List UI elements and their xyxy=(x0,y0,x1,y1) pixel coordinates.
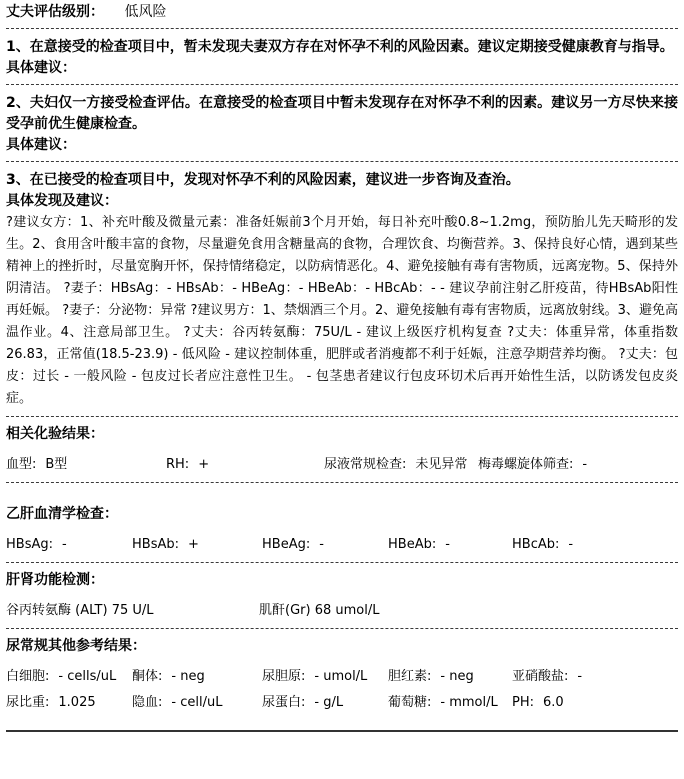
lab-item-hbcab: HBcAb:- xyxy=(512,536,573,554)
hepatitis-row: HBsAg:- HBsAb:+ HBeAg:- HBeAb:- HBcAb:- xyxy=(6,536,678,556)
lab-item-urobilinogen: 尿胆原:- umol/L xyxy=(262,668,367,686)
dashed-separator xyxy=(6,628,678,629)
lab-item-urine-routine: 尿液常规检查:未见异常 xyxy=(324,456,467,474)
urine-row-2: 尿比重:1.025 隐血:- cell/uL 尿蛋白:- g/L 葡萄糖:- m… xyxy=(6,694,678,718)
lab-item-hbsab: HBsAb:+ xyxy=(132,536,199,554)
dashed-separator xyxy=(6,28,678,29)
urine-section: 尿常规其他参考结果： 白细胞:- cells/uL 酮体:- neg 尿胆原:-… xyxy=(6,637,678,718)
lab-item-value: - g/L xyxy=(314,695,343,710)
lab-item-blood-type: 血型:B型 xyxy=(6,456,67,474)
urine-title: 尿常规其他参考结果： xyxy=(6,637,678,656)
lab-item-value: - xyxy=(319,537,324,552)
lab-item-label: HBeAg: xyxy=(262,537,310,552)
lab-item-protein: 尿蛋白:- g/L xyxy=(262,694,343,712)
dashed-separator xyxy=(6,562,678,563)
lab-item-value: 未见异常 xyxy=(415,457,467,472)
liver-kidney-title: 肝肾功能检测： xyxy=(6,571,678,590)
lab-item-value: - mmol/L xyxy=(440,695,497,710)
lab-item-glucose: 葡萄糖:- mmol/L xyxy=(388,694,498,712)
lab-item-nitrite: 亚硝酸盐:- xyxy=(512,668,582,686)
advice-subheading: 具体建议： xyxy=(6,135,678,155)
lab-item-value: + xyxy=(198,457,209,472)
lab-item-value: 1.025 xyxy=(58,695,95,710)
lab-item-hbsag: HBsAg:- xyxy=(6,536,67,554)
lab-item-hbeab: HBeAb:- xyxy=(388,536,450,554)
lab-item-label: 尿胆原: xyxy=(262,669,305,684)
lab-item-value: - umol/L xyxy=(314,669,367,684)
lab-item-value: - xyxy=(62,537,67,552)
lab-item-ph: PH:6.0 xyxy=(512,694,564,712)
lab-item-value: 6.0 xyxy=(543,695,564,710)
report-document: 丈夫评估级别： 低风险 1、在意接受的检查项目中，暂未发现夫妻双方存在对怀孕不利… xyxy=(0,0,684,732)
advice-paragraph: 2、夫妇仅一方接受检查评估。在意接受的检查项目中暂未发现存在对怀孕不利的因素。建… xyxy=(6,93,678,135)
lab-item-label: 酮体: xyxy=(132,669,162,684)
advice-detail: ?建议女方：1、补充叶酸及微量元素：准备妊娠前3个月开始，每日补充叶酸0.8~1… xyxy=(6,212,678,410)
lab-item-value: + xyxy=(188,537,199,552)
liver-kidney-row: 谷丙转氨酶 (ALT) 75 U/L 肌酐(Gr) 68 umol/L xyxy=(6,602,678,622)
liver-kidney-section: 肝肾功能检测： 谷丙转氨酶 (ALT) 75 U/L 肌酐(Gr) 68 umo… xyxy=(6,571,678,622)
lab-item-label: HBsAg: xyxy=(6,537,53,552)
dashed-separator xyxy=(6,161,678,162)
lab-item-label: HBsAb: xyxy=(132,537,179,552)
assessment-value: 低风险 xyxy=(124,4,166,20)
advice-subheading: 具体发现及建议： xyxy=(6,191,678,211)
hepatitis-title: 乙肝血清学检查： xyxy=(6,505,678,524)
lab-item-label: HBeAb: xyxy=(388,537,436,552)
lab-results-title: 相关化验结果： xyxy=(6,425,678,444)
lab-item-alt: 谷丙转氨酶 (ALT) 75 U/L xyxy=(6,602,154,620)
dashed-separator xyxy=(6,416,678,417)
lab-item-label: 葡萄糖: xyxy=(388,695,431,710)
lab-item-label: HBcAb: xyxy=(512,537,559,552)
urine-row-1: 白细胞:- cells/uL 酮体:- neg 尿胆原:- umol/L 胆红素… xyxy=(6,668,678,692)
lab-item-ketone: 酮体:- neg xyxy=(132,668,205,686)
assessment-header: 丈夫评估级别： 低风险 xyxy=(6,3,678,22)
lab-item-label: 尿比重: xyxy=(6,695,49,710)
lab-item-label: 尿液常规检查: xyxy=(324,457,406,472)
advice-paragraph: 1、在意接受的检查项目中，暂未发现夫妻双方存在对怀孕不利的风险因素。建议定期接受… xyxy=(6,37,678,58)
lab-item-label: 胆红素: xyxy=(388,669,431,684)
lab-item-value: B型 xyxy=(45,457,67,472)
advice-section-1: 1、在意接受的检查项目中，暂未发现夫妻双方存在对怀孕不利的风险因素。建议定期接受… xyxy=(6,37,678,78)
lab-item-bilirubin: 胆红素:- neg xyxy=(388,668,474,686)
lab-item-occult-blood: 隐血:- cell/uL xyxy=(132,694,222,712)
lab-item-specific-gravity: 尿比重:1.025 xyxy=(6,694,96,712)
lab-item-label: 梅毒螺旋体筛查: xyxy=(478,457,573,472)
advice-paragraph: 3、在已接受的检查项目中，发现对怀孕不利的风险因素，建议进一步咨询及查治。 xyxy=(6,170,678,191)
bottom-solid-rule xyxy=(6,730,678,732)
advice-section-2: 2、夫妇仅一方接受检查评估。在意接受的检查项目中暂未发现存在对怀孕不利的因素。建… xyxy=(6,93,678,155)
lab-item-label: 隐血: xyxy=(132,695,162,710)
lab-item-value: - neg xyxy=(440,669,473,684)
lab-item-label: 亚硝酸盐: xyxy=(512,669,568,684)
dashed-separator xyxy=(6,84,678,85)
lab-item-syphilis: 梅毒螺旋体筛查:- xyxy=(478,456,587,474)
lab-results-section: 相关化验结果： 血型:B型 RH:+ 尿液常规检查:未见异常 梅毒螺旋体筛查:- xyxy=(6,425,678,476)
lab-item-value: - neg xyxy=(171,669,204,684)
advice-section-3: 3、在已接受的检查项目中，发现对怀孕不利的风险因素，建议进一步咨询及查治。 具体… xyxy=(6,170,678,410)
assessment-label: 丈夫评估级别： xyxy=(6,4,104,20)
lab-item-label: 白细胞: xyxy=(6,669,49,684)
advice-subheading: 具体建议： xyxy=(6,58,678,78)
hepatitis-section: 乙肝血清学检查： HBsAg:- HBsAb:+ HBeAg:- HBeAb:-… xyxy=(6,505,678,556)
lab-item-value: - xyxy=(577,669,582,684)
lab-item-label: 血型: xyxy=(6,457,36,472)
lab-item-label: 尿蛋白: xyxy=(262,695,305,710)
lab-item-label: RH: xyxy=(166,457,189,472)
lab-item-value: - xyxy=(582,457,587,472)
dashed-separator xyxy=(6,482,678,483)
lab-item-rh: RH:+ xyxy=(166,456,209,474)
lab-item-value: - cell/uL xyxy=(171,695,222,710)
lab-item-value: - xyxy=(568,537,573,552)
lab-results-row: 血型:B型 RH:+ 尿液常规检查:未见异常 梅毒螺旋体筛查:- xyxy=(6,456,678,476)
lab-item-creatinine: 肌酐(Gr) 68 umol/L xyxy=(259,602,379,620)
lab-item-wbc: 白细胞:- cells/uL xyxy=(6,668,116,686)
lab-item-value: - xyxy=(445,537,450,552)
lab-item-label: PH: xyxy=(512,695,534,710)
lab-item-value: - cells/uL xyxy=(58,669,116,684)
lab-item-hbeag: HBeAg:- xyxy=(262,536,324,554)
